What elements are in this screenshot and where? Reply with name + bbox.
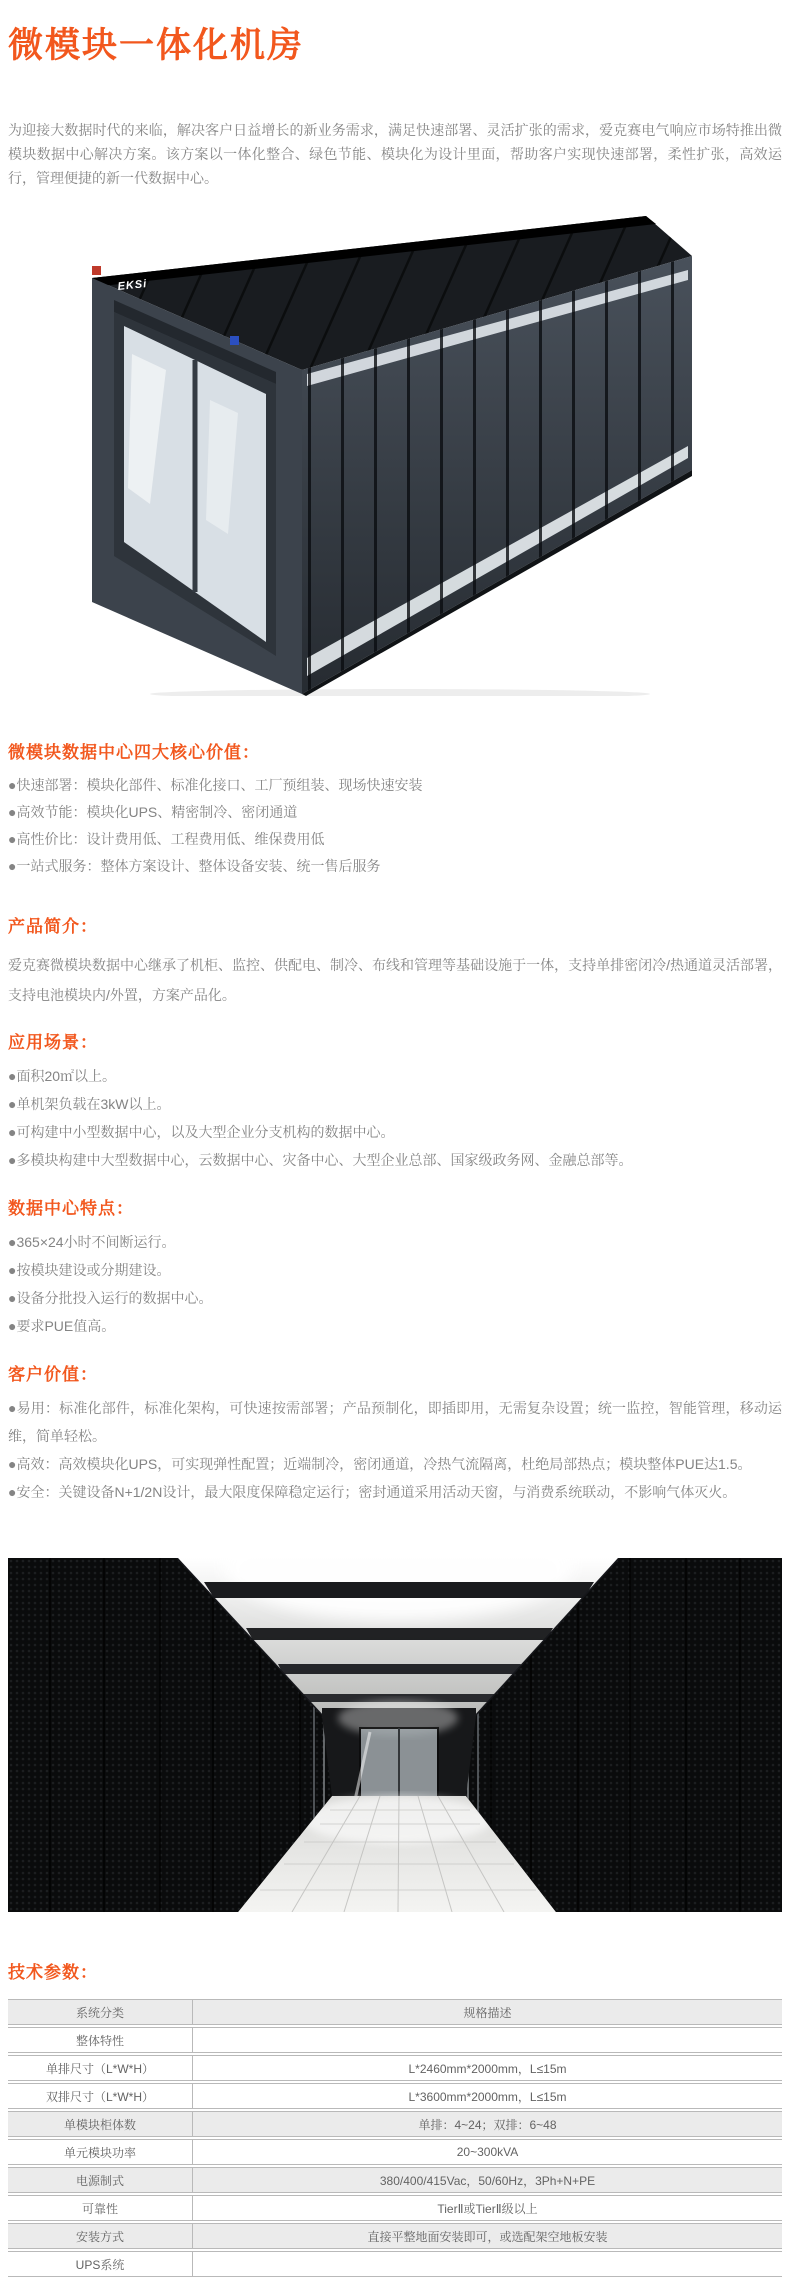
bullet-item: ●易用：标准化部件，标准化架构，可快速按需部署；产品预制化，即插即用，无需复杂设… (8, 1394, 782, 1450)
table-cell-value (193, 2251, 782, 2277)
section-heading-features: 数据中心特点： (8, 1198, 782, 1220)
bullet-item: ●单机架负载在3kW以上。 (8, 1090, 782, 1118)
table-cell-label: 电源制式 (8, 2167, 193, 2193)
tech-table: 系统分类 规格描述 整体特性 单排尺寸（L*W*H） L*2460mm*2000… (8, 1997, 782, 2279)
red-label-accent (92, 266, 101, 275)
table-row: 单排尺寸（L*W*H） L*2460mm*2000mm，L≤15m (8, 2055, 782, 2081)
bullet-item: ●高性价比：设计费用低、工程费用低、维保费用低 (8, 826, 782, 853)
aisle-photo-svg (8, 1558, 782, 1912)
bullet-item: ●设备分批投入运行的数据中心。 (8, 1284, 782, 1312)
table-row: 可靠性 TierⅡ或TierⅡ级以上 (8, 2195, 782, 2221)
table-cell-label: 双排尺寸（L*W*H） (8, 2083, 193, 2109)
section-heading-product-intro: 产品简介： (8, 916, 782, 938)
section-scenarios: 应用场景： ●面积20㎡以上。 ●单机架负载在3kW以上。 ●可构建中小型数据中… (8, 1032, 782, 1174)
section-features: 数据中心特点： ●365×24小时不间断运行。 ●按模块建设或分期建设。 ●设备… (8, 1198, 782, 1340)
table-cell-label: 整体特性 (8, 2027, 193, 2053)
table-cell-value: L*2460mm*2000mm，L≤15m (193, 2055, 782, 2081)
section-customer-value: 客户价值： ●易用：标准化部件，标准化架构，可快速按需部署；产品预制化，即插即用… (8, 1364, 782, 1506)
product-intro-paragraph: 爱克赛微模块数据中心继承了机柜、监控、供配电、制冷、布线和管理等基础设施于一体，… (8, 950, 782, 1010)
section-product-intro: 产品简介： 爱克赛微模块数据中心继承了机柜、监控、供配电、制冷、布线和管理等基础… (8, 916, 782, 1010)
table-row: 单元模块功率 20~300kVA (8, 2139, 782, 2165)
table-header-cell-spec: 规格描述 (193, 1999, 782, 2025)
page-title: 微模块一体化机房 (8, 24, 782, 68)
section-core-values: 微模块数据中心四大核心价值： ●快速部署：模块化部件、标准化接口、工厂预组装、现… (8, 742, 782, 880)
section-tech-params: 技术参数： 系统分类 规格描述 整体特性 单排尺寸（L*W*H） L*2460m… (8, 1962, 782, 2279)
page-content: 微模块一体化机房 为迎接大数据时代的来临，解决客户日益增长的新业务需求，满足快速… (0, 24, 790, 2279)
section-heading-customer-value: 客户价值： (8, 1364, 782, 1386)
table-row: 安装方式 直接平整地面安装即可，或选配架空地板安装 (8, 2223, 782, 2249)
table-cell-label: 可靠性 (8, 2195, 193, 2221)
bullet-item: ●按模块建设或分期建设。 (8, 1256, 782, 1284)
intro-paragraph: 为迎接大数据时代的来临，解决客户日益增长的新业务需求，满足快速部署、灵活扩张的需… (8, 118, 782, 190)
bullet-item: ●高效：高效模块化UPS，可实现弹性配置；近端制冷，密闭通道，冷热气流隔离，杜绝… (8, 1450, 782, 1478)
bullet-item: ●365×24小时不间断运行。 (8, 1228, 782, 1256)
bullet-item: ●高效节能：模块化UPS、精密制冷、密闭通道 (8, 799, 782, 826)
bullet-item: ●要求PUE值高。 (8, 1312, 782, 1340)
section-heading-scenarios: 应用场景： (8, 1032, 782, 1054)
table-cell-value (193, 2027, 782, 2053)
table-cell-value: 单排：4~24；双排：6~48 (193, 2111, 782, 2137)
table-cell-value: 380/400/415Vac，50/60Hz，3Ph+N+PE (193, 2167, 782, 2193)
table-cell-value: L*3600mm*2000mm，L≤15m (193, 2083, 782, 2109)
table-cell-label: 单元模块功率 (8, 2139, 193, 2165)
table-cell-value: 20~300kVA (193, 2139, 782, 2165)
table-row: 整体特性 (8, 2027, 782, 2053)
table-row: 电源制式 380/400/415Vac，50/60Hz，3Ph+N+PE (8, 2167, 782, 2193)
table-cell-label: 单排尺寸（L*W*H） (8, 2055, 193, 2081)
bullet-item: ●面积20㎡以上。 (8, 1062, 782, 1090)
bullet-item: ●一站式服务：整体方案设计、整体设备安装、统一售后服务 (8, 853, 782, 880)
table-row: 单模块柜体数 单排：4~24；双排：6~48 (8, 2111, 782, 2137)
module-render-svg: EKSi (80, 204, 700, 696)
section-heading-tech-params: 技术参数： (8, 1962, 782, 1984)
table-row: 双排尺寸（L*W*H） L*3600mm*2000mm，L≤15m (8, 2083, 782, 2109)
bullet-item: ●安全：关键设备N+1/2N设计，最大限度保障稳定运行；密封通道采用活动天窗，与… (8, 1478, 782, 1506)
table-cell-label: 安装方式 (8, 2223, 193, 2249)
table-header-row: 系统分类 规格描述 (8, 1999, 782, 2025)
table-cell-label: 单模块柜体数 (8, 2111, 193, 2137)
bullet-item: ●多模块构建中大型数据中心，云数据中心、灾备中心、大型企业总部、国家级政务网、金… (8, 1146, 782, 1174)
aisle-photo-image (8, 1558, 782, 1912)
table-cell-label: UPS系统 (8, 2251, 193, 2277)
table-cell-value: 直接平整地面安装即可，或选配架空地板安装 (193, 2223, 782, 2249)
section-heading-core-values: 微模块数据中心四大核心价值： (8, 742, 782, 764)
bullet-item: ●快速部署：模块化部件、标准化接口、工厂预组装、现场快速安装 (8, 772, 782, 799)
table-header-cell-category: 系统分类 (8, 1999, 193, 2025)
table-cell-value: TierⅡ或TierⅡ级以上 (193, 2195, 782, 2221)
bullet-item: ●可构建中小型数据中心，以及大型企业分支机构的数据中心。 (8, 1118, 782, 1146)
module-render-image: EKSi (80, 204, 700, 696)
table-row: UPS系统 (8, 2251, 782, 2277)
blue-label-accent (230, 336, 239, 345)
